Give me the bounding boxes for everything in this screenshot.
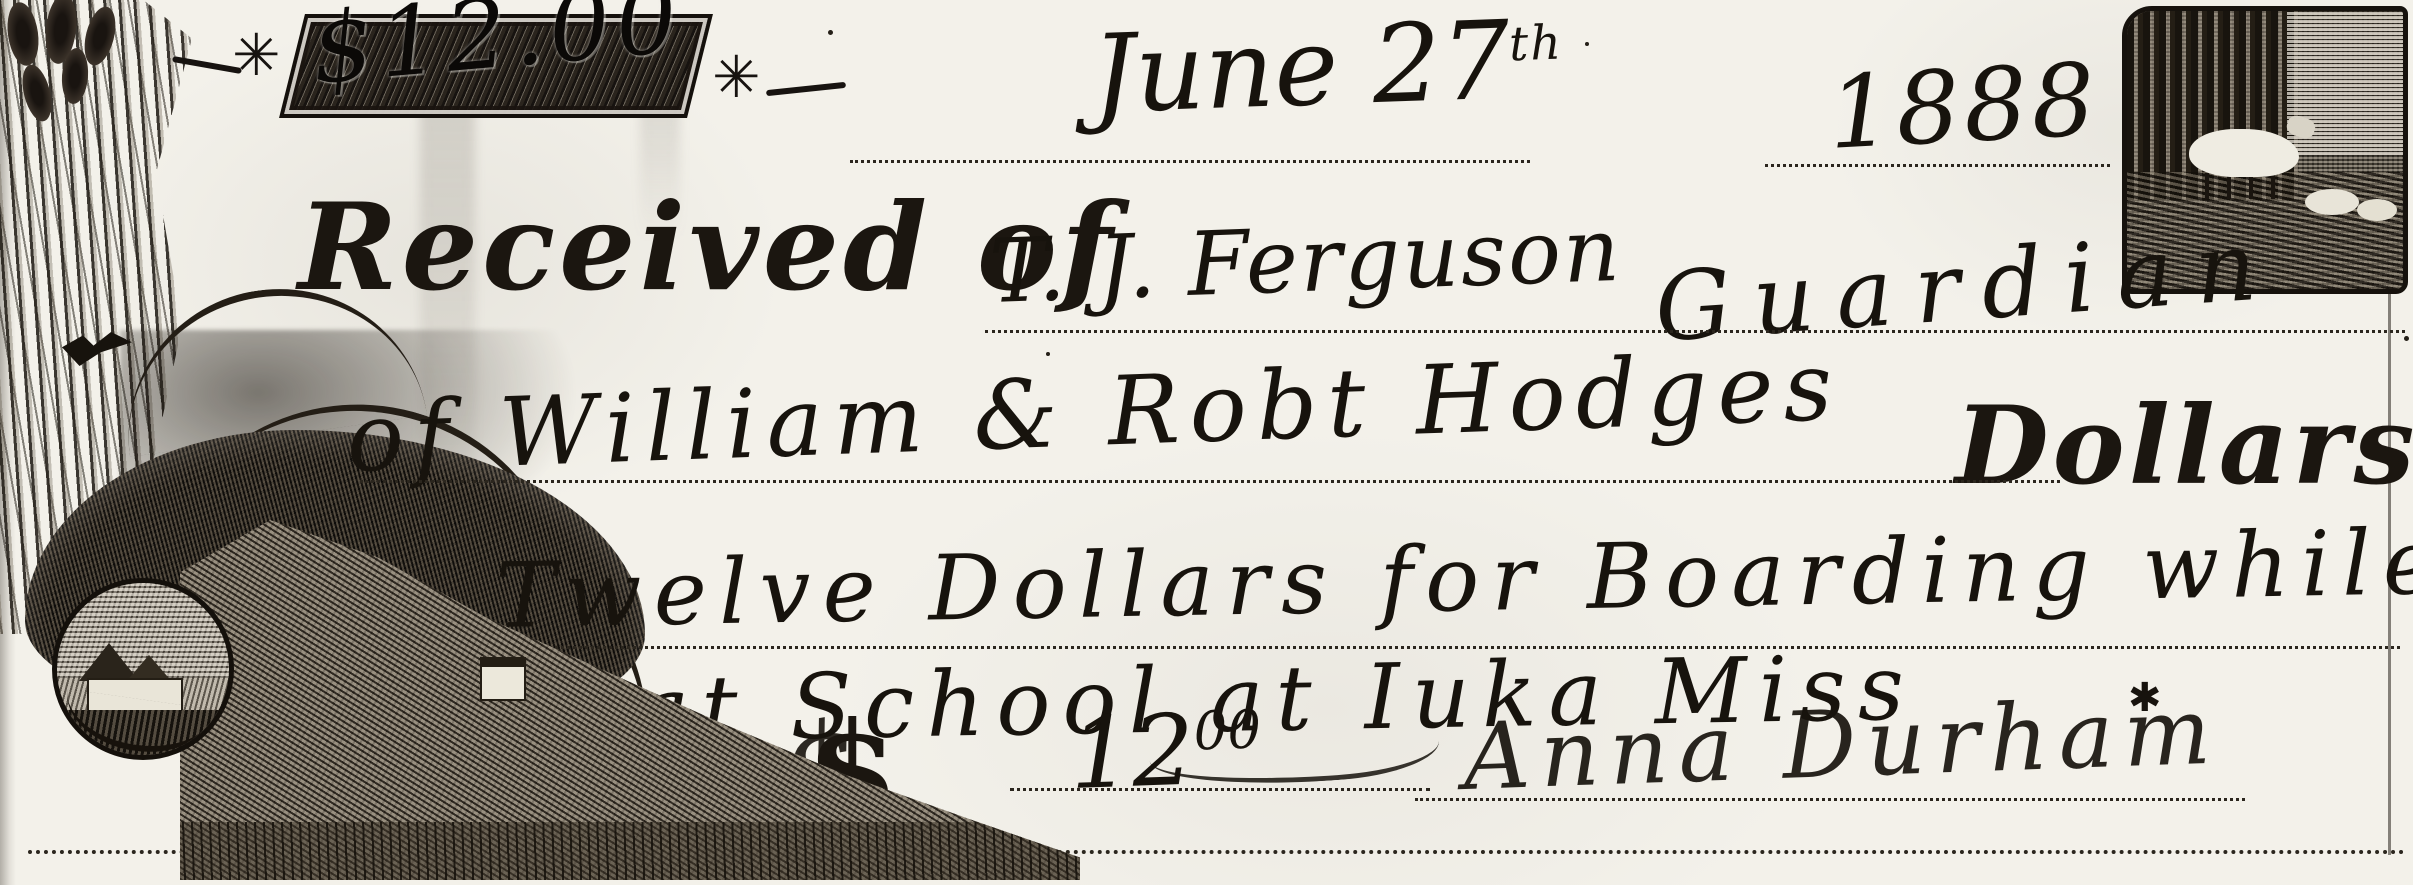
date-ordinal: th: [1508, 20, 1563, 69]
cottage-engraving: [480, 657, 526, 701]
ink-speck: [828, 30, 833, 35]
date-rule: [850, 160, 1530, 163]
ink-speck: [1585, 42, 1589, 46]
signature-handwriting: Anna Durham: [1462, 686, 2222, 804]
grass-engraving: [180, 822, 1080, 880]
date-year: 1888: [1826, 50, 2101, 164]
farmhouse-medallion-engraving: [52, 578, 234, 760]
ink-speck: [2404, 336, 2409, 341]
sheep-icon: [2357, 199, 2397, 221]
sheep-icon: [2305, 189, 2359, 215]
payer-name-handwriting: T. J. Ferguson: [988, 206, 1623, 316]
star-flourish-right-icon: ✳: [712, 48, 761, 106]
star-flourish-left-icon: ✳: [232, 26, 281, 84]
wards-rule: [360, 480, 2060, 483]
amount-rule: [1010, 788, 1430, 791]
dollars-label: Dollars: [1955, 392, 2413, 500]
amount-words-handwriting: Twelve Dollars for Boarding while: [495, 518, 2413, 642]
date-handwriting: June 27th: [1090, 6, 1565, 130]
sheep-icon: [2189, 129, 2299, 177]
payer-rule: [985, 330, 2405, 333]
receipt-document: ✳ ✳ $12.00 June 27th 1888 Received of T.…: [0, 0, 2413, 885]
signature-rule: [1415, 798, 2245, 801]
flourish-stem-right: [766, 82, 846, 96]
date-month-day: June 27: [1090, 0, 1512, 138]
ink-speck: [1046, 352, 1050, 356]
year-rule: [1765, 164, 2110, 167]
